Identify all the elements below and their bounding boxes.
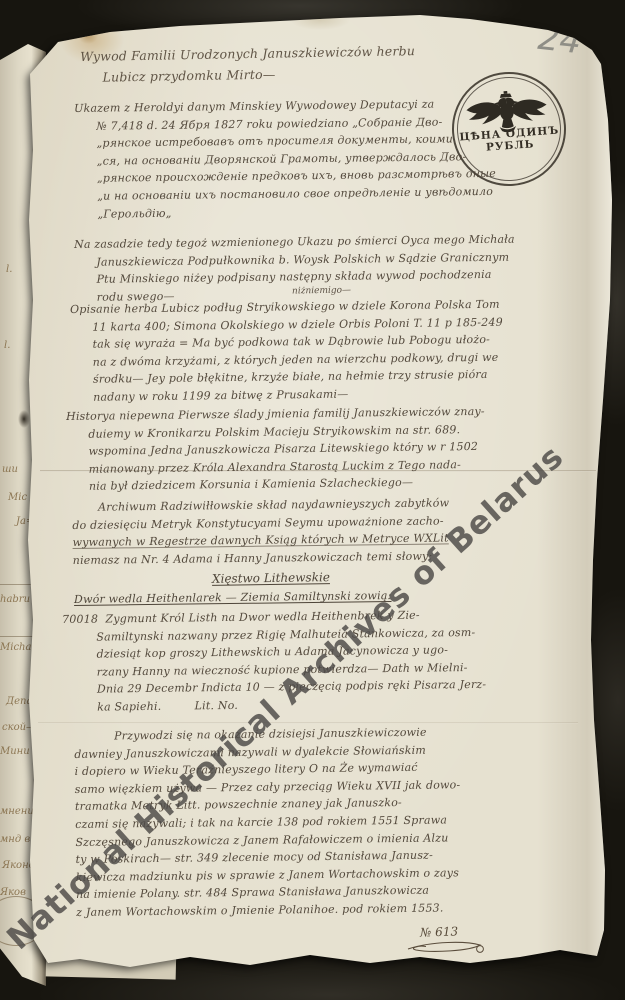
fold-crease bbox=[38, 722, 578, 724]
manuscript-line: Lubicz przydomku Mirto— bbox=[102, 61, 415, 87]
paragraph-radziwill-archive: Archiwum Radziwiłłowskie skład naydawnie… bbox=[72, 494, 450, 569]
manuscript-line: ka Sapiehi. Lit. No. bbox=[97, 694, 487, 716]
paragraph-family-history: Historya niepewna Pierwsze ślady jmienia… bbox=[66, 403, 486, 496]
manuscript-page: 24 ЦѢНА ОДИНЪ РУБЛЬ bbox=[0, 0, 625, 1000]
page-number-pencil: 24 bbox=[536, 18, 583, 62]
paragraph-royal-charter: 70018 Zygmunt Król Listh na Dwor wedla H… bbox=[62, 606, 487, 717]
manuscript-line: z Janem Wortachowskim o Jmienie Polaniho… bbox=[76, 899, 462, 921]
interline-insertion: niżniemigo— bbox=[292, 285, 351, 296]
manuscript-line: niemasz na Nr. 4 Adama i Hanny Januszkow… bbox=[73, 547, 450, 569]
estate-heading-line: Dwór wedla Heithenlarek — Ziemia Samilty… bbox=[74, 589, 392, 606]
manuscript-line: nia był dziedzicem Korsunia i Kamienia S… bbox=[89, 473, 486, 495]
underline-flourish bbox=[404, 938, 488, 958]
paper-stain bbox=[78, 28, 98, 44]
paragraph-name-evidence: Przywodzi się na okazanie dzisiejsi Janu… bbox=[74, 723, 462, 921]
paragraph-coat-of-arms: Opisanie herba Lubicz podług Stryikowski… bbox=[70, 296, 504, 407]
paper-stain bbox=[290, 10, 350, 30]
manuscript-page-wrap: 24 ЦѢНА ОДИНЪ РУБЛЬ bbox=[0, 0, 625, 1000]
section-heading-duchy: Xięstwo Lithewskie bbox=[212, 570, 330, 586]
scanned-archive-photo: l. l. ши Mic Ja= habru Michal Департ ско… bbox=[0, 0, 625, 1000]
paragraph-heraldry-decree: Ukazem z Heroldyi danym Minskiey Wywodow… bbox=[74, 95, 497, 223]
document-title: Wywod Familii Urodzonych Januszkiewiczów… bbox=[80, 40, 416, 88]
